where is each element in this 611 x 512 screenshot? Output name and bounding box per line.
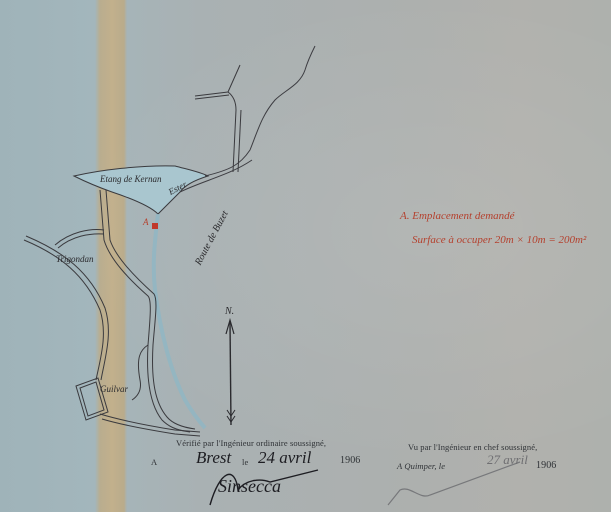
left-cert-prefix: A — [151, 457, 157, 467]
label-trigondan: Trigondan — [56, 254, 94, 264]
right-cert-prefix: A Quimper, le — [397, 461, 445, 471]
parcel-a-marker — [152, 223, 158, 229]
label-north: N. — [225, 306, 234, 317]
left-cert-signature: Sinsecca — [218, 476, 281, 497]
road-north — [228, 92, 236, 172]
left-cert-date: 24 avril — [258, 448, 311, 468]
label-guilvar: Guilvar — [100, 384, 128, 394]
label-etang-de-kernan: Etang de Kernan — [100, 174, 162, 184]
label-parcel-a: A — [143, 217, 149, 227]
right-cert-date: 27 avril — [487, 452, 528, 468]
right-cert-year: 1906 — [536, 460, 556, 471]
left-cert-year: 1906 — [340, 455, 360, 466]
left-cert-heading: Vérifié par l'Ingénieur ordinaire soussi… — [176, 438, 326, 448]
left-cert-le: le — [242, 457, 248, 467]
road-north-branch-ne — [228, 65, 240, 92]
river-upper — [205, 46, 315, 176]
right-cert-heading: Vu par l'Ingénieur en chef soussigné, — [408, 442, 537, 452]
legend-line-1: A. Emplacement demandé — [400, 210, 515, 222]
north-arrow-shaft — [230, 322, 231, 425]
road-east-spur — [132, 345, 148, 400]
left-cert-place: Brest — [196, 448, 231, 468]
legend-line-2: Surface à occuper 20m × 10m = 200m² — [412, 234, 586, 246]
road-trigondan-link — [55, 230, 104, 245]
river-south — [154, 214, 205, 428]
